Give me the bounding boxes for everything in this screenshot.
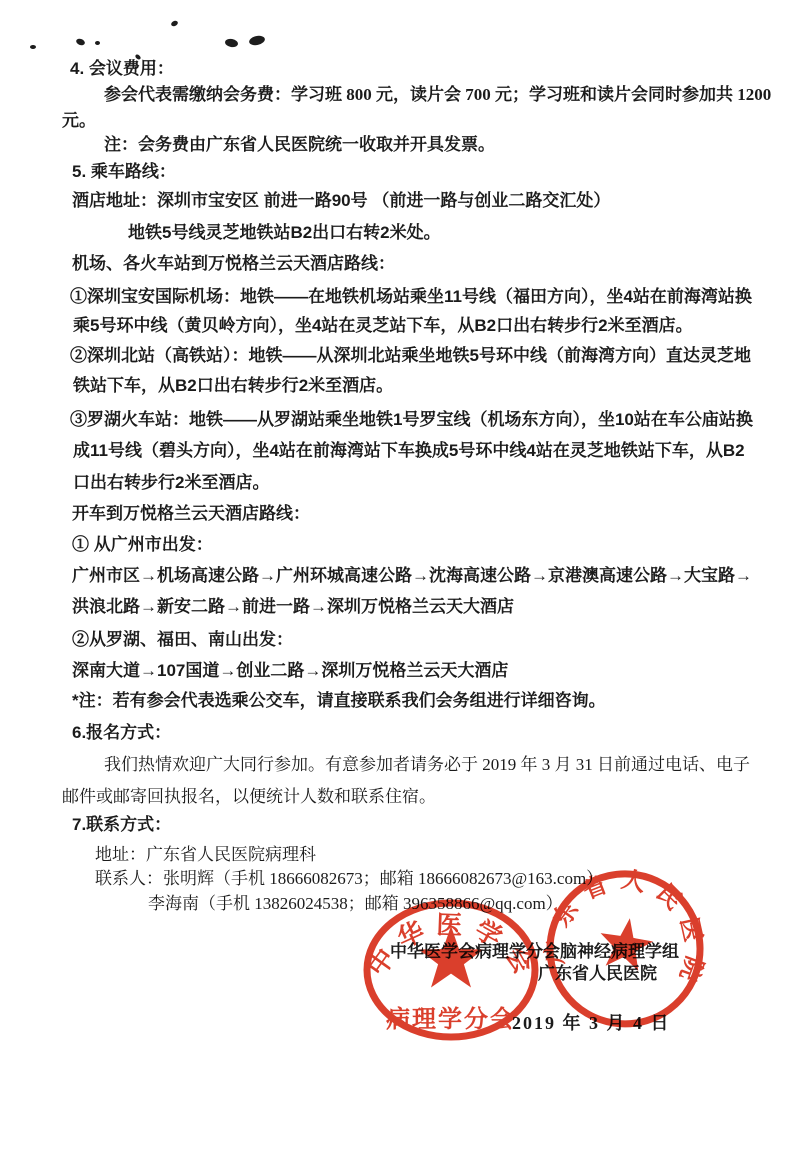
ink-speck [75,38,86,47]
ink-speck [30,45,36,49]
hotel-address-line2: 地铁5号线灵芝地铁站B2出口右转2米处。 [128,222,441,244]
registration-body-line2: 邮件或邮寄回执报名，以便统计人数和联系住宿。 [62,786,436,808]
registration-heading: 6.报名方式： [72,722,171,744]
bus-note: *注：若有参会代表选乘公交车，请直接联系我们会务组进行详细咨询。 [72,690,606,712]
from-luohu-heading: ②从罗湖、福田、南山出发： [72,629,293,651]
luohu-drive-route: 深南大道→107国道→创业二路→深圳万悦格兰云天大酒店 [72,660,508,682]
transport-heading: 5. 乘车路线： [72,161,176,183]
ink-speck [95,41,100,45]
fees-body-line2: 元。 [62,110,96,132]
luohu-route-line1: ③罗湖火车站：地铁——从罗湖站乘坐地铁1号罗宝线（机场东方向），坐10站在车公庙… [70,409,753,431]
airport-route-line1: ①深圳宝安国际机场：地铁——在地铁机场站乘坐11号线（福田方向），坐4站在前海湾… [70,286,752,308]
ink-speck [170,20,178,27]
ink-speck [224,38,238,48]
scanned-document-page: 4. 会议费用： 参会代表需缴纳会务费：学习班 800 元，读片会 700 元；… [0,0,800,1162]
fees-body-line1: 参会代表需缴纳会务费：学习班 800 元，读片会 700 元；学习班和读片会同时… [104,84,771,106]
airport-route-line2: 乘5号环中线（黄贝岭方向），坐4站在灵芝站下车，从B2口出右转步行2米至酒店。 [73,315,693,337]
contact-person1: 联系人：张明辉（手机 18666082673；邮箱 18666082673@16… [95,868,603,890]
hotel-address-line1: 酒店地址：深圳市宝安区 前进一路90号 （前进一路与创业二路交汇处） [72,190,610,212]
ink-speck [248,34,266,46]
guangzhou-route-line2: 洪浪北路→新安二路→前进一路→深圳万悦格兰云天大酒店 [72,596,514,618]
registration-body-line1: 我们热情欢迎广大同行参加。有意参加者请务必于 2019 年 3 月 31 日前通… [104,754,750,776]
north-station-route-line1: ②深圳北站（高铁站）：地铁——从深圳北站乘坐地铁5号环中线（前海湾方向）直达灵芝… [70,345,751,367]
luohu-route-line2: 成11号线（碧头方向），坐4站在前海湾站下车换成5号环中线4站在灵芝地铁站下车，… [73,440,745,462]
north-station-route-line2: 铁站下车，从B2口出右转步行2米至酒店。 [73,375,393,397]
fees-heading: 4. 会议费用： [70,58,174,80]
right-seal-star-icon [596,914,656,972]
contact-heading: 7.联系方式： [72,814,171,836]
drive-routes-heading: 开车到万悦格兰云天酒店路线： [72,503,310,525]
right-seal-guangdong-hospital: 广东省人民医院 [532,852,721,1046]
fees-note: 注：会务费由广东省人民医院统一收取并开具发票。 [104,134,495,156]
from-guangzhou-heading: ① 从广州市出发： [72,534,213,556]
left-seal-pathology-branch: 中华医学会 病理学分会 [360,896,542,1044]
left-seal-bottom-text: 病理学分会 [386,1005,516,1033]
contact-address: 地址：广东省人民医院病理科 [95,844,316,866]
luohu-route-line3: 口出右转步行2米至酒店。 [73,472,269,494]
station-routes-heading: 机场、各火车站到万悦格兰云天酒店路线： [72,253,395,275]
guangzhou-route-line1: 广州市区→机场高速公路→广州环城高速公路→沈海高速公路→京港澳高速公路→大宝路→ [72,565,752,587]
